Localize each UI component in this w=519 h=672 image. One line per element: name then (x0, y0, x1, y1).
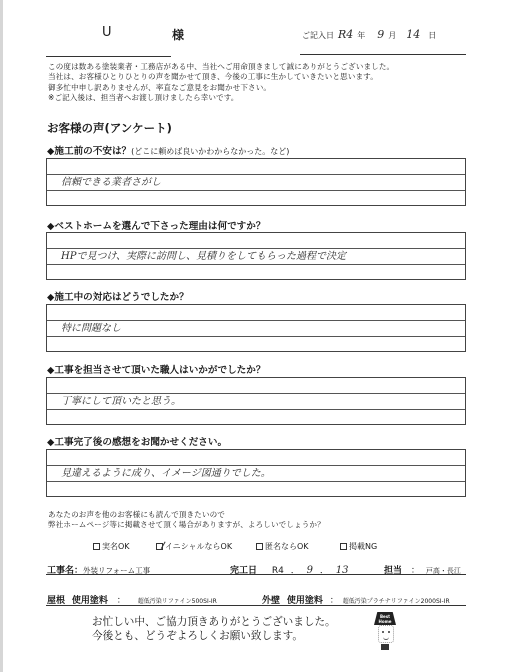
wall-paint-label: 使用塗料 (287, 596, 323, 606)
mouth (383, 636, 389, 640)
month-unit: 月 (388, 30, 396, 41)
separator: ． (320, 566, 329, 576)
option-label: イニシャルならOK (165, 541, 232, 552)
wall-paint-value: 超低汚染プラチナリファイン2000SI-IR (343, 598, 450, 605)
ruled-line (47, 409, 465, 410)
staff: 担当 ：戸高・長江 (384, 563, 461, 576)
question-hint: (どこに頼めば良いかわからなかった。など) (131, 147, 289, 156)
page-edge (0, 0, 3, 672)
work-name-label: 工事名： (47, 566, 83, 576)
answer-3-text: 特に問題なし (61, 321, 121, 336)
answer-box-1[interactable]: 信頼できる業者さがし (46, 158, 466, 206)
publication-question: あなたのお声を他のお客様にも読んで頂きたいので 弊社ホームページ等に掲載させて頂… (48, 510, 325, 531)
date-era-year: R4 (338, 28, 353, 41)
logo-roof: Best Home (374, 612, 396, 625)
honorific: 様 (172, 26, 184, 43)
customer-name-underline (46, 40, 171, 57)
logo-text: Home (374, 619, 396, 624)
mascot-face (378, 625, 394, 643)
checkbox-icon[interactable] (93, 543, 100, 550)
year-unit: 年 (357, 30, 365, 41)
separator: ： (330, 596, 339, 606)
wall-paint: 外壁 使用塗料 ：超低汚染プラチナリファイン2000SI-IR (262, 593, 450, 606)
roof-label: 屋根 (47, 596, 65, 606)
ruled-line (47, 336, 465, 337)
answer-box-3[interactable]: 特に問題なし (46, 304, 466, 352)
separator: ： (117, 596, 126, 606)
best-home-mascot-icon: Best Home (370, 612, 400, 658)
option-label: 匿名ならOK (265, 541, 309, 552)
question-text: ◆施工前の不安は？ (47, 146, 131, 157)
ruled-line (47, 481, 465, 482)
customer-name: U (102, 25, 112, 40)
closing-line: 今後とも、どうぞよろしくお願い致します。 (92, 629, 336, 643)
checkbox-checked-icon[interactable] (156, 543, 163, 550)
staff-label: 担当 (384, 566, 402, 576)
question-1-label: ◆施工前の不安は？(どこに頼めば良いかわからなかった。など) (47, 143, 289, 157)
eye (388, 631, 390, 633)
eye (382, 631, 384, 633)
answer-1-text: 信頼できる業者さがし (61, 175, 161, 190)
staff-value: 戸高・長江 (426, 567, 461, 575)
question-3-label: ◆施工中の対応はどうでしたか？ (47, 289, 189, 303)
work-name: 工事名：外装リフォーム工事 (47, 563, 150, 576)
ruled-line (47, 190, 465, 191)
intro-line: この度は数ある塗装業者・工務店がある中、当社へご用命頂きまして誠にありがとうござ… (48, 62, 394, 72)
closing-message: お忙しい中、ご協力頂きありがとうございました。 今後とも、どうぞよろしくお願い致… (92, 615, 336, 643)
roof-paint-value: 超低汚染リファイン500SI-IR (138, 598, 217, 605)
completion-date: 完工日 R4 ． 9 ． 13 (230, 563, 349, 576)
option-real-name[interactable]: 実名OK (93, 541, 156, 552)
roof-paint-label: 使用塗料 (72, 596, 108, 606)
option-no-publish[interactable]: 掲載NG (340, 541, 377, 552)
date-label: ご記入日 (302, 30, 334, 41)
answer-box-5[interactable]: 見違えるように成り、イメージ図通りでした。 (46, 449, 466, 497)
answer-4-text: 丁寧にして頂いたと思う。 (61, 394, 181, 409)
publication-options: 実名OK イニシャルならOK 匿名ならOK 掲載NG (93, 541, 377, 552)
intro-text: この度は数ある塗装業者・工務店がある中、当社へご用命頂きまして誠にありがとうござ… (48, 62, 394, 104)
mascot-body (381, 644, 389, 650)
publication-line: 弊社ホームページ等に掲載させて頂く場合がありますが、よろしいでしょうか？ (48, 520, 325, 530)
option-initials[interactable]: イニシャルならOK (156, 541, 256, 552)
completion-era: R4 (272, 566, 284, 576)
roof-paint: 屋根 使用塗料 ：超低汚染リファイン500SI-IR (47, 593, 217, 606)
answer-5-text: 見違えるように成り、イメージ図通りでした。 (61, 466, 271, 481)
intro-line: 当社は、お客様ひとりひとりの声を聞かせて頂き、今後の工事に生かしていきたいと思い… (48, 72, 394, 82)
date-underline (300, 40, 466, 55)
date-month: 9 (377, 28, 384, 41)
completion-day: 13 (336, 565, 349, 576)
question-5-label: ◆工事完了後の感想をお聞かせください。 (47, 434, 227, 448)
checkbox-icon[interactable] (256, 543, 263, 550)
separator: ： (411, 566, 420, 576)
ruled-line (47, 264, 465, 265)
work-name-value: 外装リフォーム工事 (83, 566, 150, 575)
completion-label: 完工日 (230, 566, 257, 576)
wall-label: 外壁 (262, 596, 280, 606)
publication-line: あなたのお声を他のお客様にも読んで頂きたいので (48, 510, 325, 520)
checkbox-icon[interactable] (340, 543, 347, 550)
answer-box-2[interactable]: HPで見つけ、実際に訪問し、見積りをしてもらった過程で決定 (46, 232, 466, 280)
completion-month: 9 (307, 565, 313, 576)
question-4-label: ◆工事を担当させて頂いた職人はいかがでしたか？ (47, 362, 265, 376)
closing-line: お忙しい中、ご協力頂きありがとうございました。 (92, 615, 336, 629)
intro-line: ※ご記入後は、担当者へお渡し頂けましたら幸いです。 (48, 93, 394, 103)
section-title: お客様の声(アンケート) (47, 120, 172, 136)
option-label: 実名OK (102, 541, 130, 552)
answer-2-text: HPで見つけ、実際に訪問し、見積りをしてもらった過程で決定 (61, 249, 346, 264)
question-2-label: ◆ベストホームを選んで下さった理由は何ですか？ (47, 218, 265, 232)
answer-box-4[interactable]: 丁寧にして頂いたと思う。 (46, 377, 466, 425)
date-day: 14 (406, 28, 420, 41)
option-anonymous[interactable]: 匿名ならOK (256, 541, 340, 552)
separator: ． (291, 566, 300, 576)
option-label: 掲載NG (349, 541, 377, 552)
entry-date: ご記入日 R4 年 9 月 14 日 (302, 28, 436, 41)
intro-line: 御多忙中申し訳ありませんが、率直なご意見をお聞かせ下さい。 (48, 83, 394, 93)
day-unit: 日 (428, 30, 436, 41)
